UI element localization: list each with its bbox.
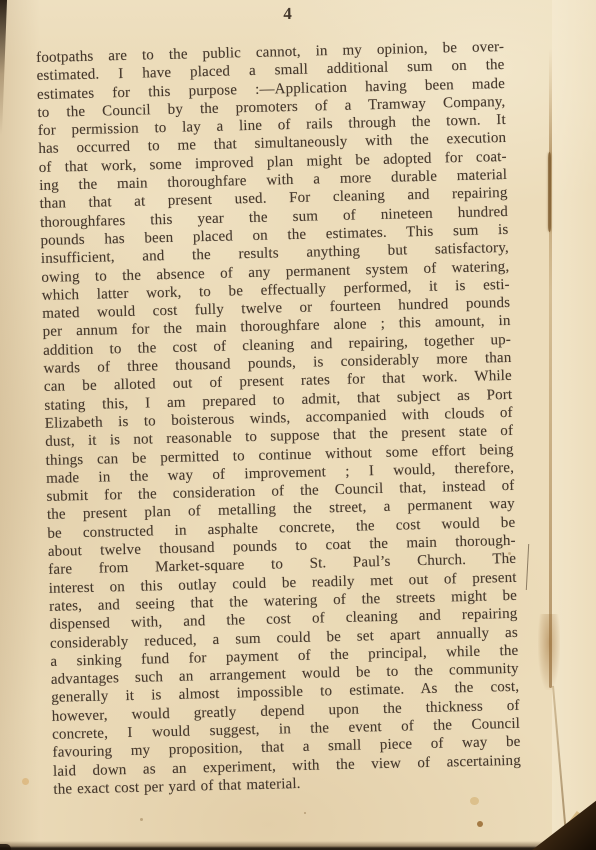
paper-speck: [140, 818, 143, 821]
page-edge-strip: [552, 0, 596, 850]
page-number: 4: [0, 0, 576, 28]
paper-crease-dark-segment: [548, 152, 551, 232]
paper-speck: [304, 812, 306, 814]
paper-crease: [549, 48, 552, 688]
paper-speck: [477, 821, 483, 827]
paper-stain: [538, 614, 560, 690]
page-text: footpaths are to the public cannot, in m…: [36, 38, 522, 799]
bottom-left-shadow: [0, 844, 11, 850]
scanned-page: 4 footpaths are to the public cannot, in…: [0, 0, 596, 850]
fiber-hairline: [526, 544, 529, 590]
paper-speck: [22, 778, 29, 785]
paper-speck: [470, 797, 479, 805]
bottom-edge-shadow: [0, 840, 596, 850]
